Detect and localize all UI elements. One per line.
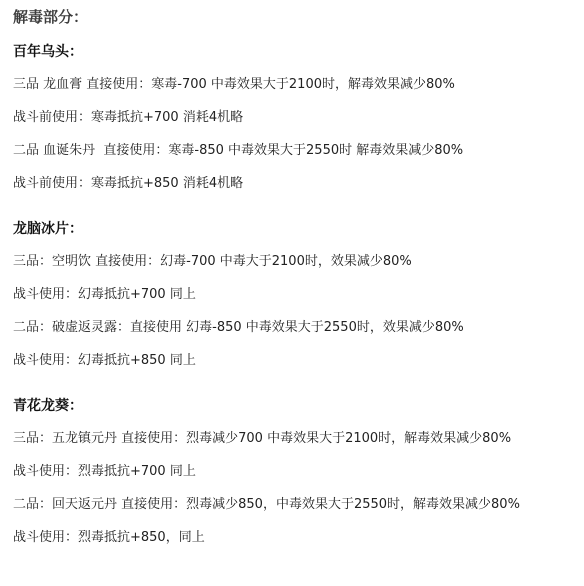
section-heading-longnao-bingpian: 龙脑冰片： [13,222,572,237]
text-line-item-sanpin-wulongzhenyuandan: 三品：五龙镇元丹 直接使用：烈毒减少700 中毒效果大于2100时，解毒效果减少… [13,432,572,447]
text-line-battle-use-liedu-700: 战斗使用：烈毒抵抗+700 同上 [13,465,572,480]
text-line-item-erpin-xuedanzhudan: 二品 血诞朱丹 直接使用：寒毒-850 中毒效果大于2550时 解毒效果减少80… [13,144,572,159]
text-line-prebattle-use-700: 战斗前使用：寒毒抵抗+700 消耗4机略 [13,111,572,126]
text-line-item-sanpin-kongmingyin: 三品：空明饮 直接使用：幻毒-700 中毒大于2100时，效果减少80% [13,255,572,270]
document: 解毒部分： 百年乌头： 三品 龙血膏 直接使用：寒毒-700 中毒效果大于210… [0,0,584,586]
text-line-battle-use-huandu-700: 战斗使用：幻毒抵抗+700 同上 [13,288,572,303]
text-line-item-erpin-huitianfanyuandan: 二品：回天返元丹 直接使用：烈毒减少850，中毒效果大于2550时，解毒效果减少… [13,498,572,513]
text-line-item-erpin-poxufanlinglu: 二品：破虚返灵露：直接使用 幻毒-850 中毒效果大于2550时，效果减少80% [13,321,572,336]
section-heading-bainian-wutou: 百年乌头： [13,45,572,60]
text-line-prebattle-use-850: 战斗前使用：寒毒抵抗+850 消耗4机略 [13,177,572,192]
text-line-item-sanpin-longxuegao: 三品 龙血膏 直接使用：寒毒-700 中毒效果大于2100时，解毒效果减少80% [13,78,572,93]
text-line-battle-use-liedu-850: 战斗使用：烈毒抵抗+850，同上 [13,531,572,546]
section-heading-qinghua-longkui: 青花龙葵： [13,399,572,414]
section-longnao-bingpian: 龙脑冰片： 三品：空明饮 直接使用：幻毒-700 中毒大于2100时，效果减少8… [13,222,572,369]
section-bainian-wutou: 百年乌头： 三品 龙血膏 直接使用：寒毒-700 中毒效果大于2100时，解毒效… [13,45,572,192]
section-qinghua-longkui: 青花龙葵： 三品：五龙镇元丹 直接使用：烈毒减少700 中毒效果大于2100时，… [13,399,572,546]
text-line-battle-use-huandu-850: 战斗使用：幻毒抵抗+850 同上 [13,354,572,369]
page-title: 解毒部分： [13,9,572,26]
